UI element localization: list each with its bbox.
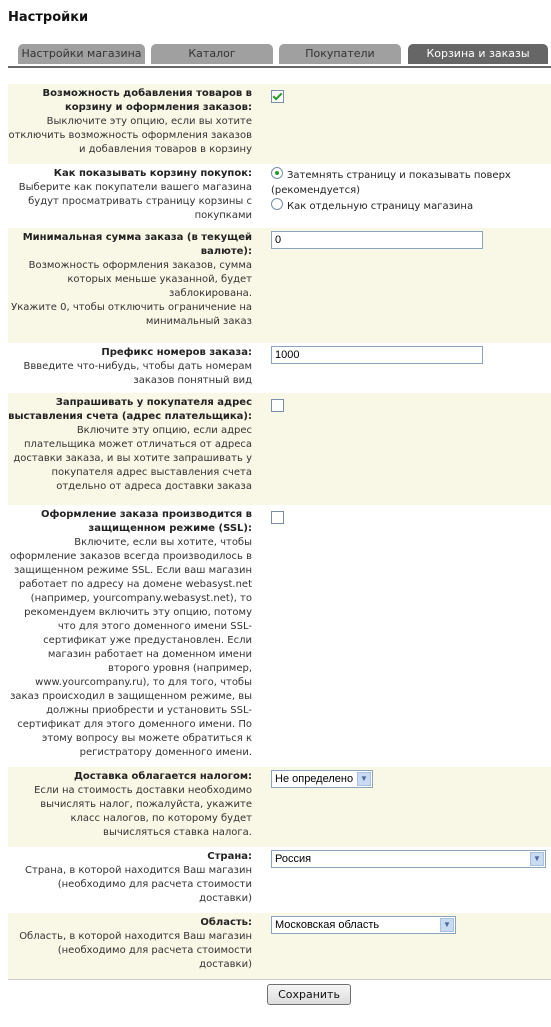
tab-bar: Настройки магазина Каталог Покупатели Ко… [8, 44, 551, 68]
ssl-checkbox[interactable] [271, 511, 284, 524]
shipping-tax-select[interactable]: Не определено ▼ [271, 770, 373, 788]
setting-description: Страна, в которой находится Ваш магазин … [8, 864, 252, 906]
setting-row-enable-cart: Возможность добавления товаров в корзину… [8, 84, 551, 164]
tab-store-settings[interactable]: Настройки магазина [18, 44, 145, 64]
setting-label: Страна: [8, 850, 252, 864]
setting-row-ssl: Оформление заказа производится в защищен… [8, 505, 551, 767]
radio-separate-page[interactable] [271, 198, 283, 210]
radio-overlay-label[interactable]: Затемнять страницу и показывать поверх (… [271, 170, 511, 196]
setting-description: Выключите эту опцию, если вы хотите откл… [8, 115, 252, 157]
setting-description-note: Укажите 0, чтобы отключить ограничение н… [8, 301, 252, 329]
setting-description: Возможность оформления заказов, сумма ко… [8, 259, 252, 301]
country-value: Россия [272, 852, 530, 866]
setting-description: Область, в которой находится Ваш магазин… [8, 930, 252, 972]
setting-description: Включите эту опцию, если адрес плательщи… [8, 424, 252, 494]
settings-form: Возможность добавления товаров в корзину… [8, 84, 551, 1005]
setting-label: Возможность добавления товаров в корзину… [8, 87, 252, 115]
setting-row-shipping-tax: Доставка облагается налогом: Если на сто… [8, 767, 551, 847]
setting-description: Выберите как покупатели вашего магазина … [8, 181, 252, 223]
tab-customers[interactable]: Покупатели [279, 44, 401, 64]
setting-label: Префикс номеров заказа: [8, 346, 252, 360]
setting-row-billing-address: Запрашивать у покупателя адрес выставлен… [8, 393, 551, 505]
chevron-down-icon[interactable]: ▼ [530, 852, 544, 866]
page-title: Настройки [8, 10, 88, 25]
enable-cart-checkbox[interactable] [271, 90, 284, 103]
setting-label: Минимальная сумма заказа (в текущей валю… [8, 231, 252, 259]
setting-description: Включите, если вы хотите, чтобы оформлен… [8, 536, 252, 760]
radio-overlay[interactable] [271, 167, 283, 179]
setting-label: Доставка облагается налогом: [8, 770, 252, 784]
setting-row-min-order: Минимальная сумма заказа (в текущей валю… [8, 228, 551, 343]
chevron-down-icon[interactable]: ▼ [357, 772, 371, 786]
chevron-down-icon[interactable]: ▼ [440, 918, 454, 932]
setting-label: Запрашивать у покупателя адрес выставлен… [8, 396, 252, 424]
setting-description: Если на стоимость доставки необходимо вы… [8, 784, 252, 840]
tab-cart-orders[interactable]: Корзина и заказы [408, 44, 548, 64]
setting-row-country: Страна: Страна, в которой находится Ваш … [8, 847, 551, 913]
tab-catalog[interactable]: Каталог [151, 44, 273, 64]
billing-address-checkbox[interactable] [271, 399, 284, 412]
setting-row-region: Область: Область, в которой находится Ва… [8, 913, 551, 979]
radio-option-overlay[interactable]: Затемнять страницу и показывать поверх (… [271, 167, 551, 198]
min-order-input[interactable] [271, 231, 483, 249]
setting-label: Как показывать корзину покупок: [8, 167, 252, 181]
country-select[interactable]: Россия ▼ [271, 850, 546, 868]
region-select[interactable]: Московская область ▼ [271, 916, 456, 934]
region-value: Московская область [272, 918, 440, 932]
radio-separate-page-label[interactable]: Как отдельную страницу магазина [287, 201, 473, 212]
radio-option-separate-page[interactable]: Как отдельную страницу магазина [271, 198, 551, 214]
setting-row-order-prefix: Префикс номеров заказа: Ввведите что-ниб… [8, 343, 551, 393]
setting-label: Оформление заказа производится в защищен… [8, 508, 252, 536]
setting-label: Область: [8, 916, 252, 930]
shipping-tax-value: Не определено [272, 772, 357, 786]
order-prefix-input[interactable] [271, 346, 483, 364]
setting-description: Ввведите что-нибудь, чтобы дать номерам … [8, 360, 252, 388]
setting-row-cart-display: Как показывать корзину покупок: Выберите… [8, 164, 551, 228]
save-button[interactable]: Сохранить [267, 984, 351, 1005]
